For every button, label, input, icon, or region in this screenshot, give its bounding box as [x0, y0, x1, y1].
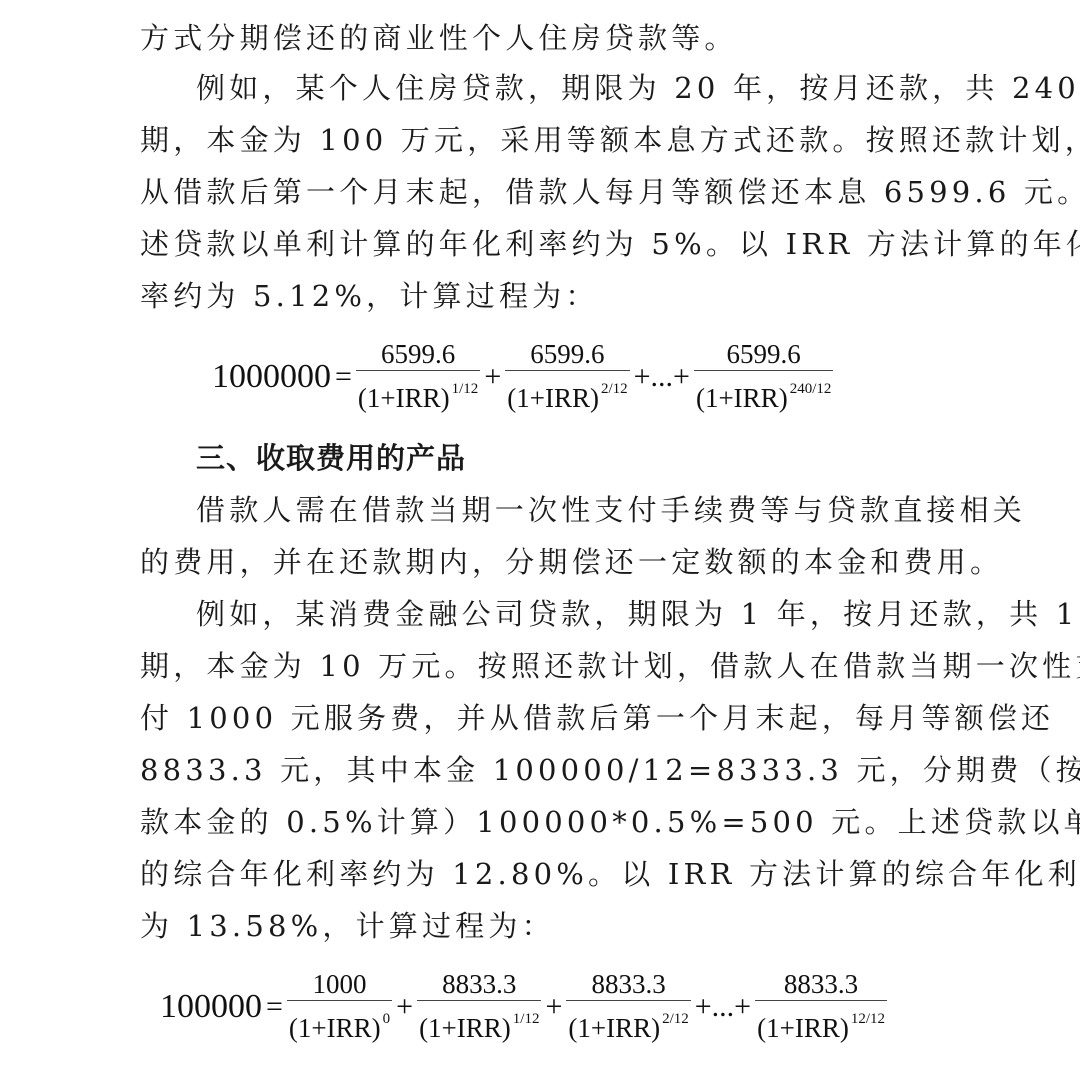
paragraph-line: 例如，某消费金融公司贷款，期限为 1 年，按月还款，共 12 — [196, 596, 945, 632]
paragraph-line: 8833.3 元，其中本金 100000/12=8333.3 元，分期费（按初始… — [140, 752, 945, 788]
denominator-base: (1+IRR) — [757, 1013, 849, 1043]
plus-sign: + — [545, 990, 562, 1024]
formula-irr-consumer-loan: 100000 = 1000 (1+IRR)0 + 8833.3 (1+IRR)1… — [160, 968, 889, 1046]
exponent: 2/12 — [601, 381, 628, 397]
fraction-term: 8833.3 (1+IRR)12/12 — [755, 968, 887, 1046]
denominator: (1+IRR)12/12 — [755, 1001, 887, 1046]
paragraph-line: 期，本金为 10 万元。按照还款计划，借款人在借款当期一次性支 — [140, 648, 945, 684]
denominator-base: (1+IRR) — [696, 383, 788, 413]
exponent: 2/12 — [662, 1011, 689, 1027]
fraction-term: 6599.6 (1+IRR)1/12 — [356, 338, 480, 416]
paragraph-line: 为 13.58%，计算过程为： — [140, 908, 945, 944]
paragraph-line: 方式分期偿还的商业性个人住房贷款等。 — [140, 20, 945, 56]
fraction-term: 6599.6 (1+IRR)240/12 — [694, 338, 833, 416]
exponent: 0 — [383, 1011, 391, 1027]
denominator-base: (1+IRR) — [507, 383, 599, 413]
paragraph-line: 率约为 5.12%，计算过程为： — [140, 278, 945, 314]
numerator: 6599.6 — [375, 338, 461, 370]
plus-sign: + — [396, 990, 413, 1024]
exponent: 1/12 — [452, 381, 479, 397]
denominator: (1+IRR)2/12 — [566, 1001, 690, 1046]
equals-sign: = — [266, 990, 283, 1024]
section-heading: 三、收取费用的产品 — [196, 440, 466, 476]
exponent: 240/12 — [790, 381, 832, 397]
paragraph-line: 款本金的 0.5%计算）100000*0.5%=500 元。上述贷款以单利计算 — [140, 804, 945, 840]
ellipsis-operator: +...+ — [634, 360, 690, 394]
equals-sign: = — [335, 360, 352, 394]
fraction-term: 8833.3 (1+IRR)1/12 — [417, 968, 541, 1046]
paragraph-line: 的费用，并在还款期内，分期偿还一定数额的本金和费用。 — [140, 544, 945, 580]
numerator: 8833.3 — [436, 968, 522, 1000]
formula-lhs: 1000000 — [212, 358, 331, 396]
denominator: (1+IRR)240/12 — [694, 371, 833, 416]
denominator: (1+IRR)0 — [287, 1001, 392, 1046]
denominator-base: (1+IRR) — [289, 1013, 381, 1043]
plus-sign: + — [484, 360, 501, 394]
numerator: 6599.6 — [721, 338, 807, 370]
paragraph-line: 付 1000 元服务费，并从借款后第一个月末起，每月等额偿还 — [140, 700, 945, 736]
fraction-term: 1000 (1+IRR)0 — [287, 968, 392, 1046]
denominator: (1+IRR)1/12 — [417, 1001, 541, 1046]
denominator-base: (1+IRR) — [568, 1013, 660, 1043]
denominator: (1+IRR)1/12 — [356, 371, 480, 416]
exponent: 12/12 — [851, 1011, 885, 1027]
paragraph-line: 述贷款以单利计算的年化利率约为 5%。以 IRR 方法计算的年化利 — [140, 226, 945, 262]
paragraph-line: 从借款后第一个月末起，借款人每月等额偿还本息 6599.6 元。上 — [140, 174, 945, 210]
fraction-term: 6599.6 (1+IRR)2/12 — [505, 338, 629, 416]
numerator: 8833.3 — [778, 968, 864, 1000]
denominator-base: (1+IRR) — [358, 383, 450, 413]
numerator: 8833.3 — [585, 968, 671, 1000]
paragraph-line: 的综合年化利率约为 12.80%。以 IRR 方法计算的综合年化利率约 — [140, 856, 945, 892]
exponent: 1/12 — [513, 1011, 540, 1027]
paragraph-line: 借款人需在借款当期一次性支付手续费等与贷款直接相关 — [196, 492, 945, 528]
denominator-base: (1+IRR) — [419, 1013, 511, 1043]
formula-irr-mortgage: 1000000 = 6599.6 (1+IRR)1/12 + 6599.6 (1… — [212, 338, 835, 416]
paragraph-line: 期，本金为 100 万元，采用等额本息方式还款。按照还款计划， — [140, 122, 945, 158]
ellipsis-operator: +...+ — [695, 990, 751, 1024]
numerator: 6599.6 — [524, 338, 610, 370]
formula-lhs: 100000 — [160, 988, 262, 1026]
fraction-term: 8833.3 (1+IRR)2/12 — [566, 968, 690, 1046]
denominator: (1+IRR)2/12 — [505, 371, 629, 416]
paragraph-line: 例如，某个人住房贷款，期限为 20 年，按月还款，共 240 — [196, 70, 945, 106]
numerator: 1000 — [307, 968, 373, 1000]
